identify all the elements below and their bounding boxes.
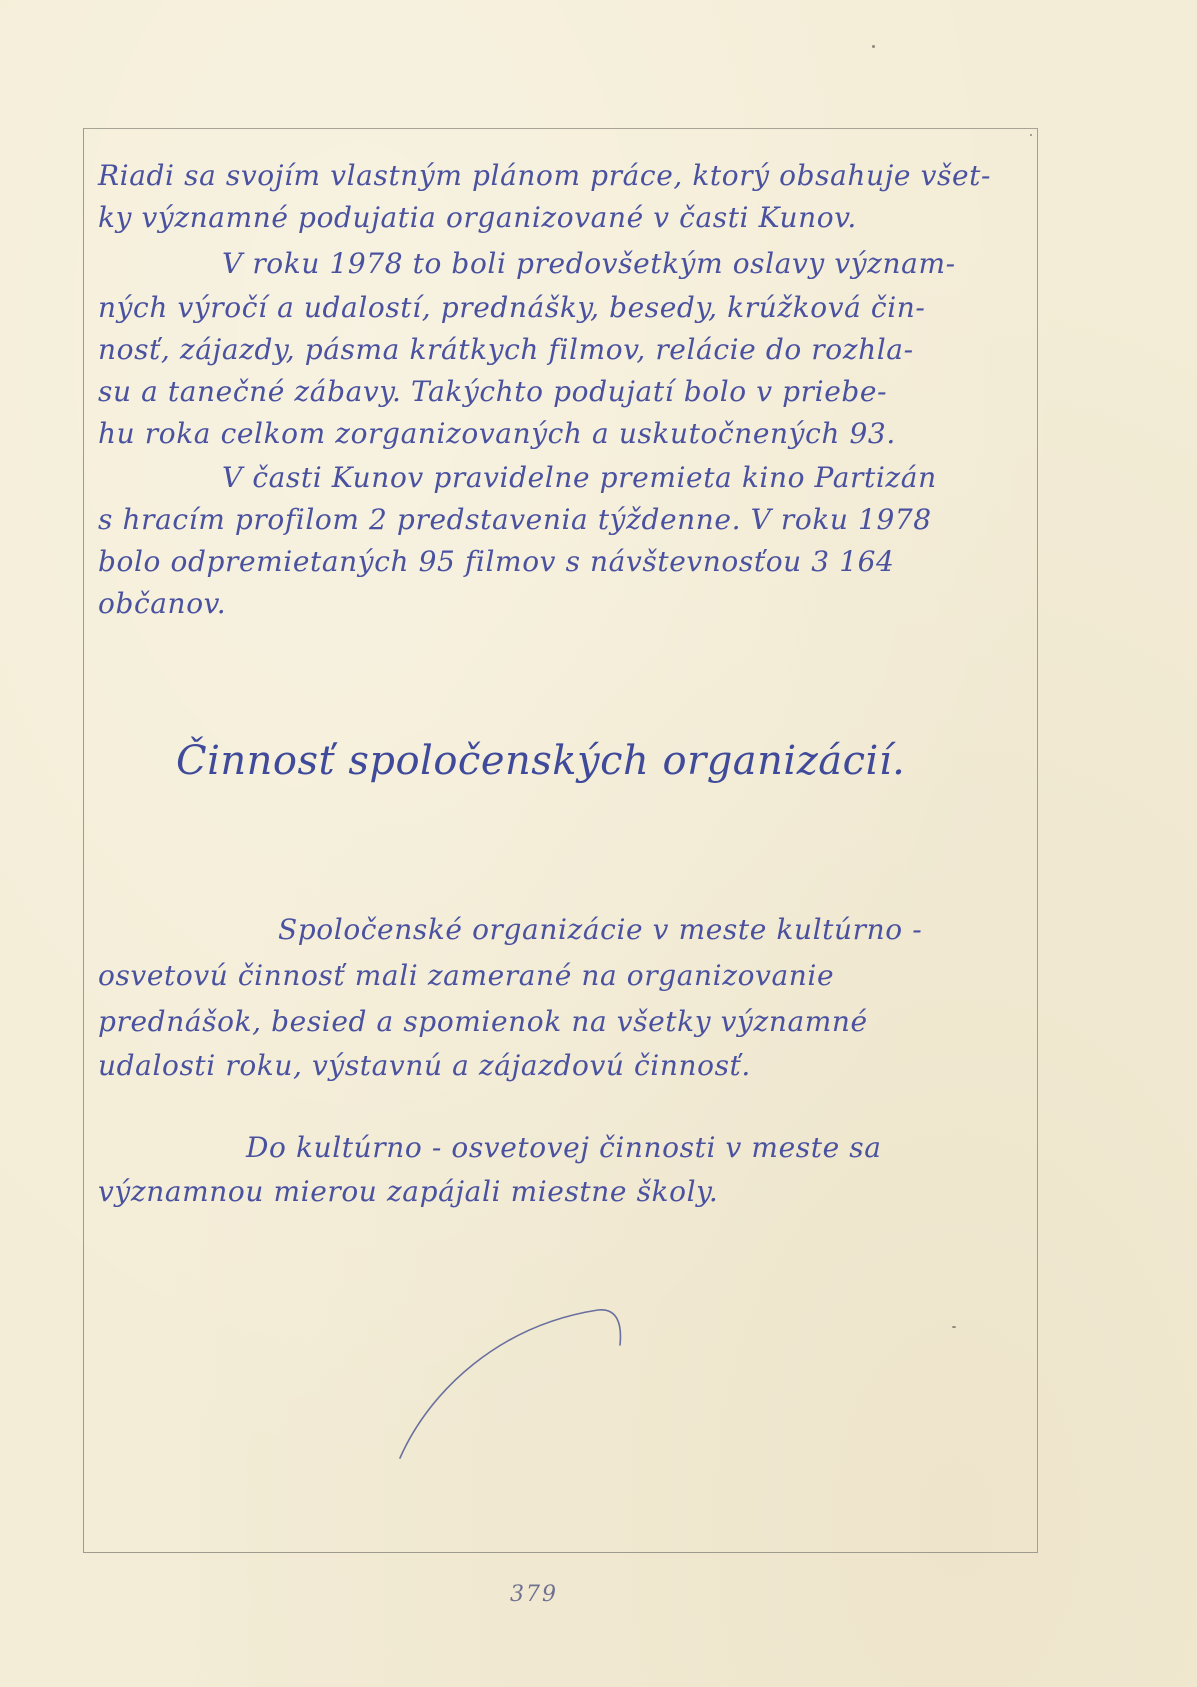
text-line: ky významné podujatia organizované v čas…	[98, 198, 857, 238]
page-number: 379	[510, 1582, 558, 1607]
text-line: hu roka celkom zorganizovaných a uskutoč…	[98, 414, 896, 454]
text-line: bolo odpremietaných 95 filmov s návštevn…	[98, 542, 894, 582]
text-line: udalosti roku, výstavnú a zájazdovú činn…	[98, 1046, 751, 1086]
text-line: prednášok, besied a spomienok na všetky …	[98, 1002, 868, 1042]
text-line: osvetovú činnosť mali zamerané na organi…	[98, 956, 834, 996]
closing-flourish	[390, 1280, 650, 1480]
paper-speck	[872, 45, 875, 48]
text-line: V roku 1978 to boli predovšetkým oslavy …	[222, 244, 956, 284]
text-line: s hracím profilom 2 predstavenia týždenn…	[98, 500, 932, 540]
text-line: Spoločenské organizácie v meste kultúrno…	[278, 910, 922, 950]
text-line: su a tanečné zábavy. Takýchto podujatí b…	[98, 372, 887, 412]
paper-speck	[1030, 134, 1032, 136]
text-line: významnou mierou zapájali miestne školy.	[98, 1172, 718, 1212]
text-line: ných výročí a udalostí, prednášky, besed…	[98, 288, 925, 328]
section-heading: Činnosť spoločenských organizácií.	[176, 738, 905, 784]
paper-speck	[952, 1326, 956, 1328]
text-line: občanov.	[98, 584, 226, 624]
text-line: nosť, zájazdy, pásma krátkych filmov, re…	[98, 330, 914, 370]
text-line: Riadi sa svojím vlastným plánom práce, k…	[98, 156, 991, 196]
text-line: Do kultúrno - osvetovej činnosti v meste…	[246, 1128, 882, 1168]
text-line: V časti Kunov pravidelne premieta kino P…	[222, 458, 937, 498]
